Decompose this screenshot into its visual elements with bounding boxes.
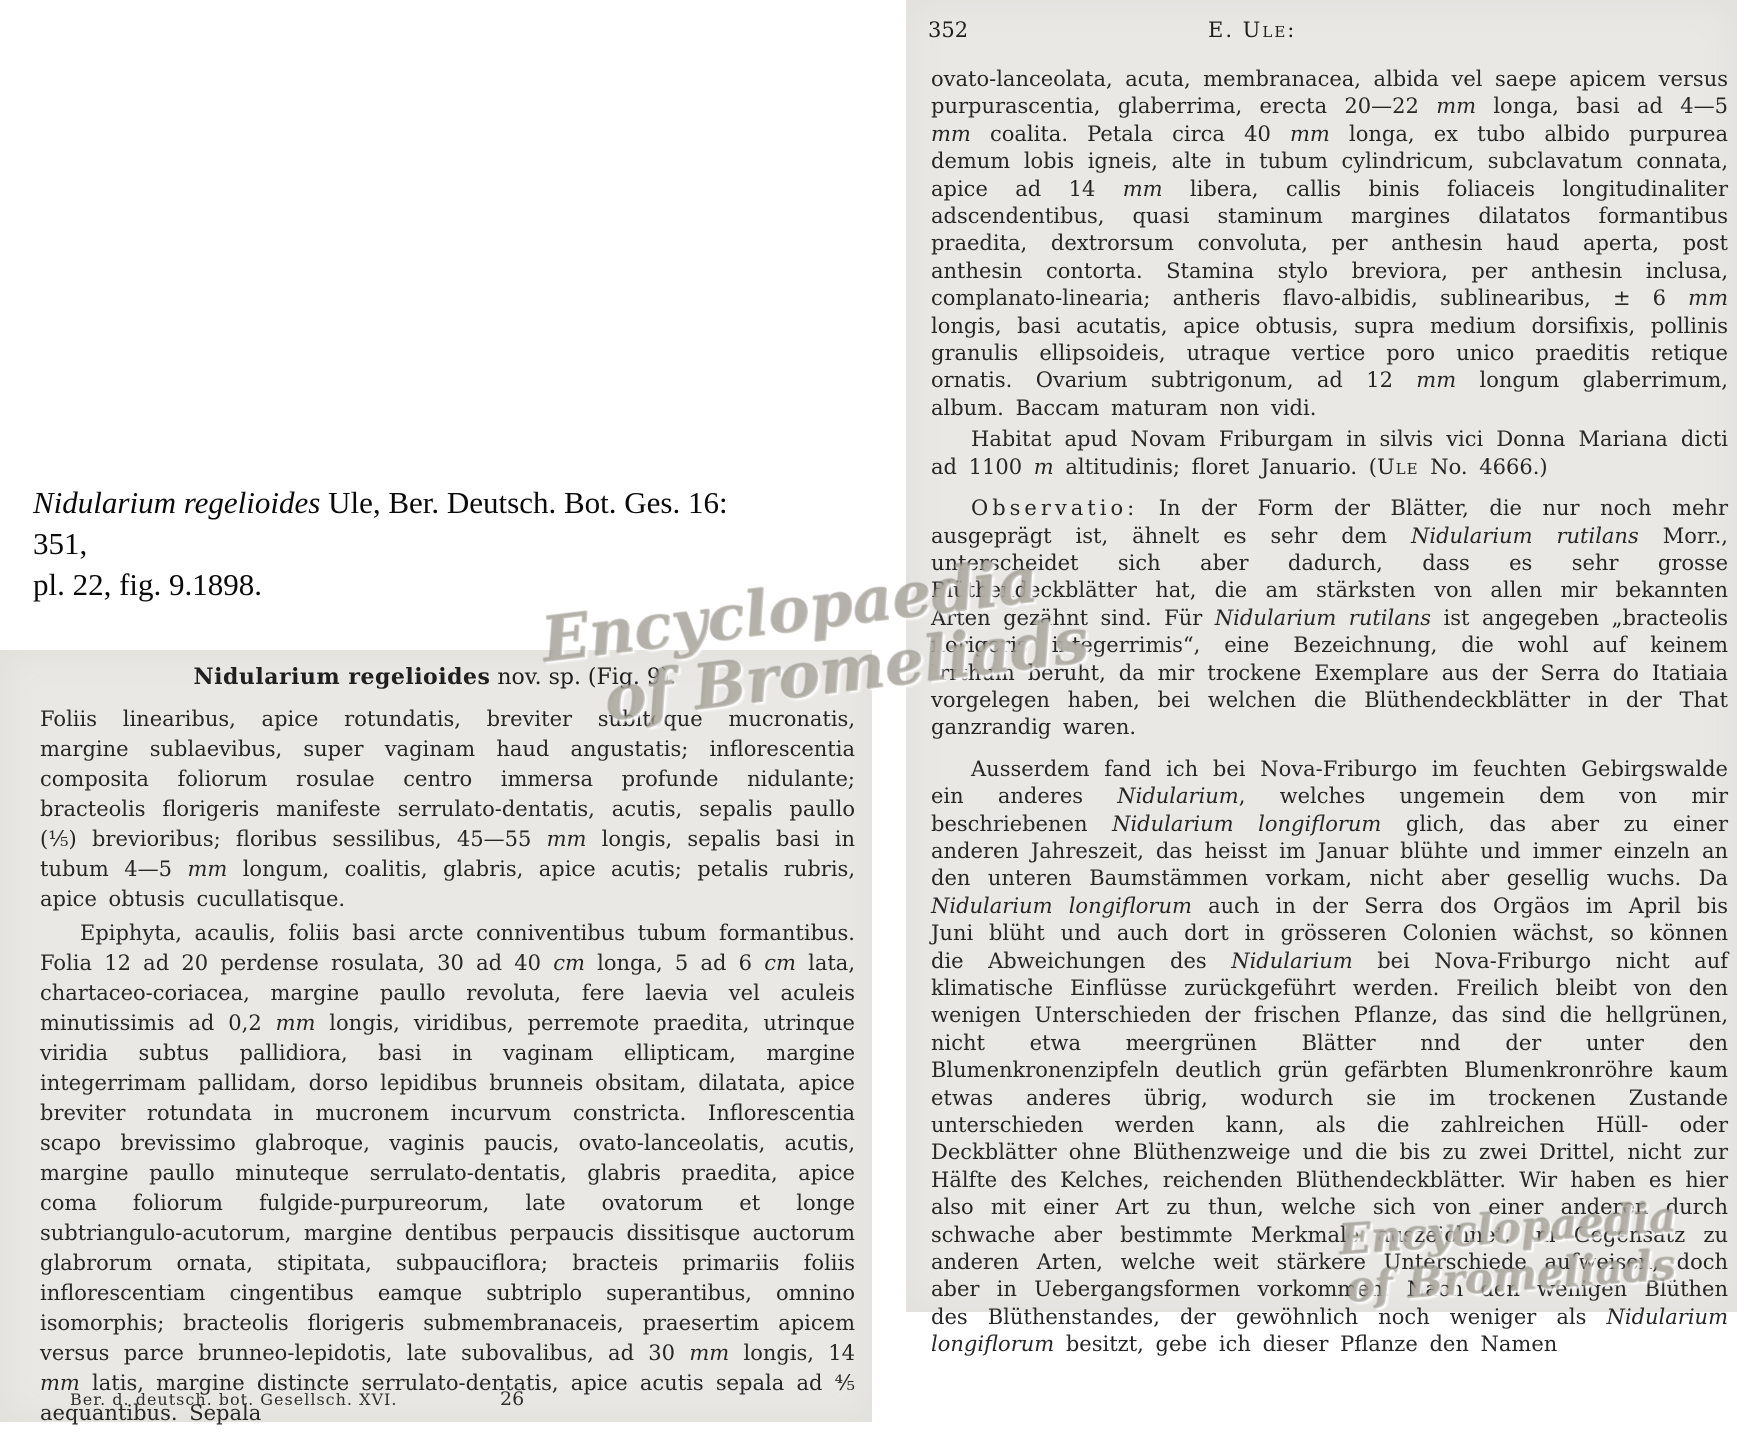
left-page-footer: Ber. d. deutsch. bot. Gesellsch. XVI. 26 <box>70 1390 770 1409</box>
text-segment: longis, 14 <box>729 1341 855 1365</box>
left-page-body: Foliis linearibus, apice rotundatis, bre… <box>40 704 855 1428</box>
journal-signature: Ber. d. deutsch. bot. Gesellsch. XVI. <box>70 1390 397 1409</box>
text-segment: besitzt, gebe ich dieser Pflanze den Nam… <box>1054 1332 1557 1356</box>
observatio-paragraph: Observatio: In der Form der Blätter, die… <box>931 495 1728 742</box>
text-segment: mm <box>187 857 227 881</box>
text-segment: m <box>1034 455 1054 479</box>
text-segment: mm <box>1123 177 1163 201</box>
text-segment: Nidularium rutilans <box>1411 524 1639 548</box>
habitat-paragraph: Habitat apud Novam Friburgam in silvis v… <box>931 426 1728 481</box>
species-heading: Nidularium regelioides nov. sp. (Fig. 9)… <box>40 664 830 690</box>
text-segment: mm <box>689 1341 729 1365</box>
text-segment: longa, 5 ad 6 <box>585 951 764 975</box>
latin-description-paragraph: Epiphyta, acaulis, foliis basi arcte con… <box>40 918 855 1428</box>
text-segment: mm <box>276 1011 316 1035</box>
latin-description-continued-paragraph: ovato-lanceolata, acuta, membranacea, al… <box>931 66 1728 422</box>
text-segment: mm <box>931 122 971 146</box>
text-segment: Ule <box>1377 455 1419 479</box>
text-segment: Nidularium rutilans <box>1215 606 1431 630</box>
citation-line-2: pl. 22, fig. 9.1898. <box>33 564 733 605</box>
text-segment: longis, viridibus, perremote praedita, u… <box>40 1011 855 1365</box>
latin-diagnosis-paragraph: Foliis linearibus, apice rotundatis, bre… <box>40 704 855 914</box>
text-segment: Nidularium <box>1231 949 1353 973</box>
text-segment: longa, basi ad 4—5 <box>1476 94 1728 118</box>
species-heading-name: Nidularium regelioides <box>194 664 491 690</box>
text-segment: mm <box>1436 94 1476 118</box>
text-segment: mm <box>1416 368 1456 392</box>
right-page-body: ovato-lanceolata, acuta, membranacea, al… <box>931 66 1728 1359</box>
right-page-header: 352 E. Ule: <box>928 18 1718 42</box>
scanned-journal-spread: Nidularium regelioides Ule, Ber. Deutsch… <box>0 0 1737 1435</box>
species-heading-rest: nov. sp. (Fig. 9). <box>490 665 676 690</box>
text-segment: mm <box>547 827 587 851</box>
text-segment: mm <box>1688 286 1728 310</box>
text-segment: Observatio: <box>971 496 1138 520</box>
page-number: 352 <box>928 18 968 42</box>
citation-species-name: Nidularium regelioides <box>33 485 320 520</box>
text-segment: Nidularium longiflorum <box>931 894 1192 918</box>
citation-line-1: Nidularium regelioides Ule, Ber. Deutsch… <box>33 482 733 564</box>
text-segment: mm <box>1290 122 1330 146</box>
sheet-number: 26 <box>500 1388 524 1410</box>
discussion-paragraph: Ausserdem fand ich bei Nova-Friburgo im … <box>931 756 1728 1359</box>
text-segment: coalita. Petala circa 40 <box>971 122 1290 146</box>
left-page-scan: Nidularium regelioides nov. sp. (Fig. 9)… <box>0 650 872 1422</box>
citation: Nidularium regelioides Ule, Ber. Deutsch… <box>33 482 733 605</box>
text-segment: cm <box>764 951 796 975</box>
text-segment: Nidularium <box>1117 784 1239 808</box>
text-segment: Nidularium longiflorum <box>1112 812 1381 836</box>
text-segment: bei Nova-Friburgo nicht auf klimatische … <box>931 949 1728 1329</box>
right-page-scan: 352 E. Ule: ovato-lanceolata, acuta, mem… <box>906 0 1737 1312</box>
text-segment: cm <box>553 951 585 975</box>
running-head: E. Ule: <box>1208 18 1296 42</box>
text-segment: altitudinis; floret Januario. ( <box>1054 455 1377 479</box>
text-segment: No. 4666.) <box>1419 455 1548 479</box>
